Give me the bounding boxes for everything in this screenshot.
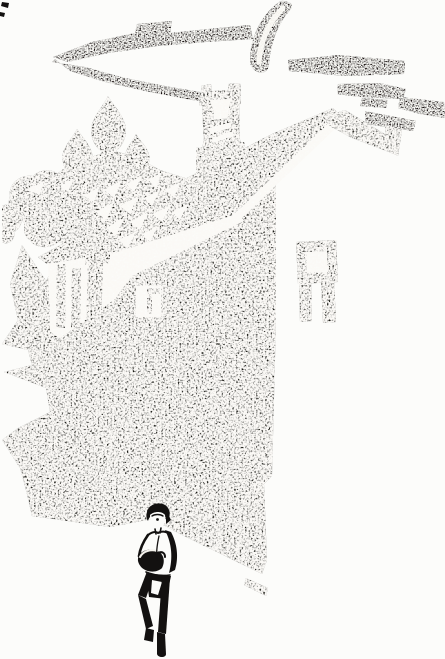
page: { "colors": { "paper": "#fcfcfa", "ink":…	[0, 0, 445, 659]
window-frame-opening	[306, 251, 328, 273]
window-lintel	[152, 288, 160, 294]
illustration-canvas	[0, 0, 445, 659]
wall-window	[136, 285, 161, 317]
figure-right-foot	[157, 632, 166, 657]
window-mullion	[147, 288, 152, 314]
figure-eye	[156, 518, 159, 521]
woodcut-illustration	[0, 0, 445, 659]
